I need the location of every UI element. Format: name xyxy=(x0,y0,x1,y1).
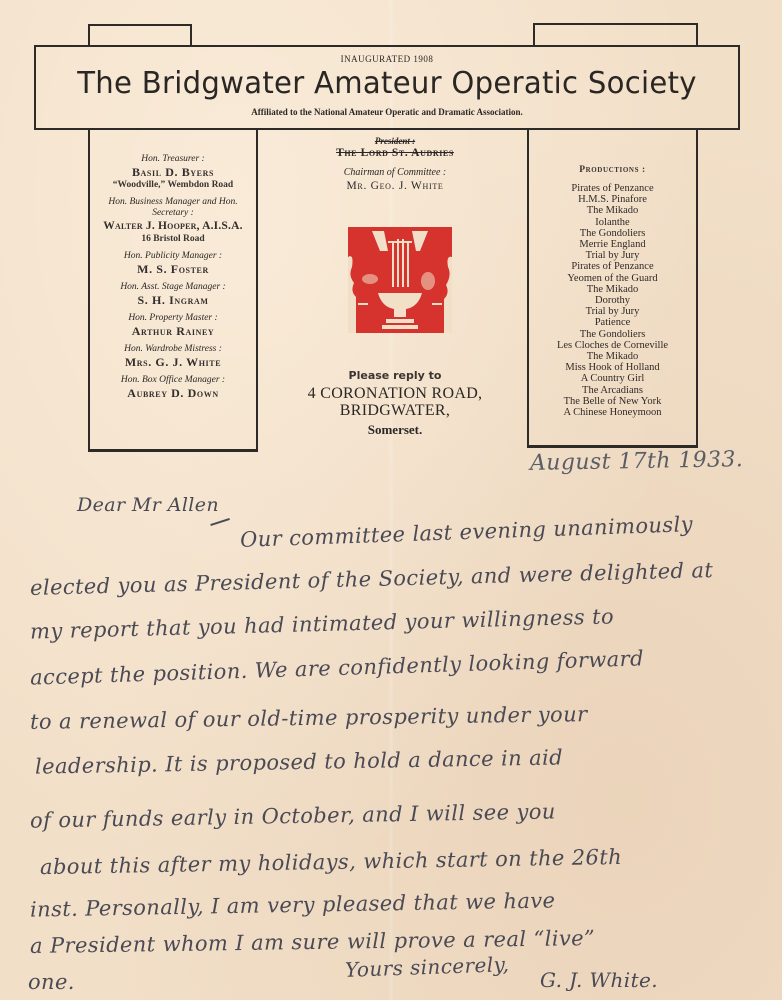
letter-signature: G. J. White. xyxy=(540,968,658,992)
officer-name: Mrs. G. J. White xyxy=(90,355,256,369)
production-item: Pirates of Penzance xyxy=(529,183,696,194)
top-left-bracket-right xyxy=(190,24,192,46)
production-item: The Mikado xyxy=(529,284,696,295)
officer-publicity-manager: Hon. Publicity Manager : M. S. Foster xyxy=(90,251,256,276)
productions-column: Productions : Pirates of Penzance H.M.S.… xyxy=(527,130,698,448)
letter-line: elected you as President of the Society,… xyxy=(30,558,714,600)
officer-name: S. H. Ingram xyxy=(90,293,256,307)
reply-address-block: Please reply to 4 CORONATION ROAD, BRIDG… xyxy=(270,369,520,438)
letter-salutation: Dear Mr Allen xyxy=(77,494,219,516)
production-item: Miss Hook of Holland xyxy=(529,362,696,373)
officer-role: Hon. Wardrobe Mistress : xyxy=(90,344,256,355)
production-item: Iolanthe xyxy=(529,217,696,228)
officer-property-master: Hon. Property Master : Arthur Rainey xyxy=(90,313,256,338)
letter-date: August 17th 1933. xyxy=(530,447,744,476)
officer-role: Hon. Business Manager and Hon. Secretary… xyxy=(90,197,256,219)
top-left-bracket-left xyxy=(88,24,90,46)
officer-role: Hon. Asst. Stage Manager : xyxy=(90,282,256,293)
letter-line: my report that you had intimated your wi… xyxy=(30,604,614,643)
reply-label: Please reply to xyxy=(270,369,520,382)
production-item: Merrie England xyxy=(529,239,696,250)
production-item: Pirates of Penzance xyxy=(529,261,696,272)
officer-treasurer: Hon. Treasurer : Basil D. Byers “Woodvil… xyxy=(90,154,256,191)
top-right-bracket-top xyxy=(533,23,697,25)
officer-name: Aubrey D. Down xyxy=(90,386,256,400)
production-item: A Chinese Honeymoon xyxy=(529,407,696,418)
letter-line: of our funds early in October, and I wil… xyxy=(30,799,556,832)
production-item: Trial by Jury xyxy=(529,306,696,317)
salutation-underline xyxy=(210,518,229,526)
production-item: The Arcadians xyxy=(529,385,696,396)
officer-role: Hon. Box Office Manager : xyxy=(90,375,256,386)
letter-line: inst. Personally, I am very pleased that… xyxy=(30,888,556,921)
inaugurated-text: INAUGURATED 1908 xyxy=(36,54,738,64)
officer-name: Arthur Rainey xyxy=(90,324,256,338)
production-item: Patience xyxy=(529,317,696,328)
officer-address: “Woodville,” Wembdon Road xyxy=(90,179,256,191)
chairman-name: Mr. Geo. J. White xyxy=(270,180,520,192)
production-item: The Gondoliers xyxy=(529,329,696,340)
reply-county: Somerset. xyxy=(270,422,520,438)
officer-address: 16 Bristol Road xyxy=(90,233,256,245)
production-item: Trial by Jury xyxy=(529,250,696,261)
officer-business-manager: Hon. Business Manager and Hon. Secretary… xyxy=(90,197,256,245)
letter-line: accept the position. We are confidently … xyxy=(30,646,644,689)
officer-name: Basil D. Byers xyxy=(90,165,256,179)
letter-line: Our committee last evening unanimously xyxy=(240,512,694,552)
letter-line: a President whom I am sure will prove a … xyxy=(30,926,595,958)
officer-name: Walter J. Hooper, A.I.S.A. xyxy=(90,219,256,233)
production-item: Dorothy xyxy=(529,295,696,306)
officer-role: Hon. Treasurer : xyxy=(90,154,256,165)
officer-wardrobe-mistress: Hon. Wardrobe Mistress : Mrs. G. J. Whit… xyxy=(90,344,256,369)
production-item: The Gondoliers xyxy=(529,228,696,239)
productions-title: Productions : xyxy=(529,165,696,175)
production-item: The Mikado xyxy=(529,351,696,362)
production-item: The Belle of New York xyxy=(529,396,696,407)
letter-line: to a renewal of our old-time prosperity … xyxy=(30,702,588,734)
production-item: H.M.S. Pinafore xyxy=(529,194,696,205)
lyre-masks-emblem-icon xyxy=(348,227,452,333)
officer-box-office-manager: Hon. Box Office Manager : Aubrey D. Down xyxy=(90,375,256,400)
top-right-bracket-left xyxy=(533,23,535,46)
center-column: President : The Lord St. Audries Chairma… xyxy=(270,136,520,192)
letter-line: about this after my holidays, which star… xyxy=(40,845,622,879)
production-item: A Country Girl xyxy=(529,373,696,384)
letter-line: one. xyxy=(28,970,75,994)
affiliation-text: Affiliated to the National Amateur Opera… xyxy=(36,107,738,117)
letter-closing: Yours sincerely, xyxy=(345,952,510,982)
officer-role: Hon. Publicity Manager : xyxy=(90,251,256,262)
president-name: The Lord St. Audries xyxy=(270,147,520,159)
officer-role: Hon. Property Master : xyxy=(90,313,256,324)
officer-asst-stage-manager: Hon. Asst. Stage Manager : S. H. Ingram xyxy=(90,282,256,307)
reply-street: 4 CORONATION ROAD, xyxy=(270,385,520,403)
production-item: Yeomen of the Guard xyxy=(529,273,696,284)
letterhead-header: INAUGURATED 1908 The Bridgwater Amateur … xyxy=(34,45,740,130)
top-right-bracket-right xyxy=(696,23,698,46)
reply-town: BRIDGWATER, xyxy=(270,402,520,420)
letter-line: leadership. It is proposed to hold a dan… xyxy=(35,745,563,778)
top-left-bracket-top xyxy=(88,24,191,26)
president-label: President : xyxy=(270,136,520,146)
officer-name: M. S. Foster xyxy=(90,262,256,276)
production-item: Les Cloches de Corneville xyxy=(529,340,696,351)
officers-column: Hon. Treasurer : Basil D. Byers “Woodvil… xyxy=(88,130,258,452)
chairman-label: Chairman of Committee : xyxy=(270,167,520,178)
society-title: The Bridgwater Amateur Operatic Society xyxy=(47,66,728,102)
production-item: The Mikado xyxy=(529,205,696,216)
